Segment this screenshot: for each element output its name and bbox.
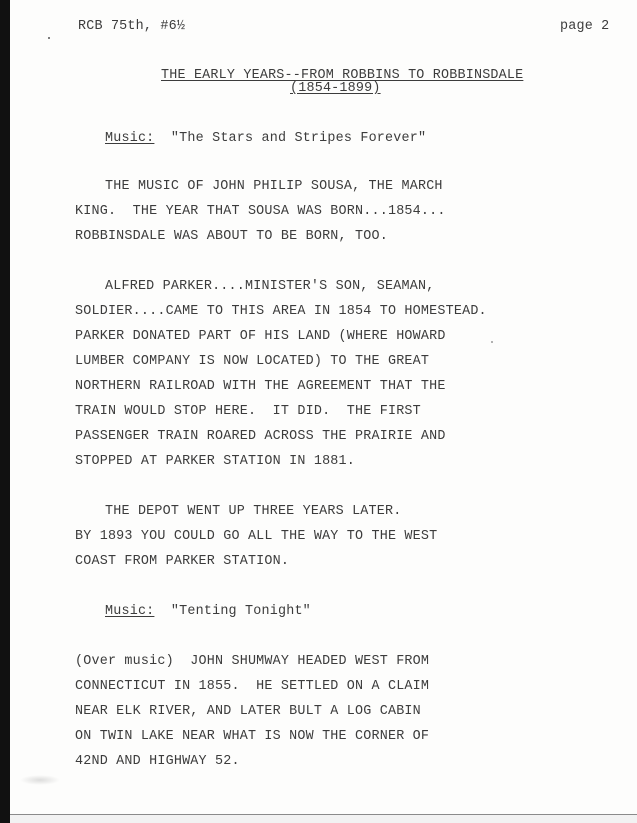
paragraph-line: ON TWIN LAKE NEAR WHAT IS NOW THE CORNER…: [75, 730, 429, 743]
paragraph-line: ALFRED PARKER....MINISTER'S SON, SEAMAN,: [105, 280, 434, 293]
scan-smudge: [20, 775, 60, 785]
scan-background: [10, 815, 637, 823]
paragraph-line: COAST FROM PARKER STATION.: [75, 555, 289, 568]
paragraph-line: 42ND AND HIGHWAY 52.: [75, 755, 240, 768]
paragraph-line: CONNECTICUT IN 1855. HE SETTLED ON A CLA…: [75, 680, 429, 693]
paragraph-line: STOPPED AT PARKER STATION IN 1881.: [75, 455, 355, 468]
page-title-years: (1854-1899): [290, 82, 381, 95]
paragraph-line: LUMBER COMPANY IS NOW LOCATED) TO THE GR…: [75, 355, 429, 368]
paragraph-line: KING. THE YEAR THAT SOUSA WAS BORN...185…: [75, 205, 446, 218]
paragraph-line: TRAIN WOULD STOP HERE. IT DID. THE FIRST: [75, 405, 421, 418]
document-reference: RCB 75th, #6½: [78, 20, 185, 33]
music-cue-title: "Tenting Tonight": [171, 604, 311, 619]
music-cue: Music: "The Stars and Stripes Forever": [105, 132, 426, 145]
paragraph-line: NEAR ELK RIVER, AND LATER BULT A LOG CAB…: [75, 705, 421, 718]
page-number: page 2: [560, 20, 609, 33]
scan-left-edge: [0, 0, 10, 823]
paragraph-line: PASSENGER TRAIN ROARED ACROSS THE PRAIRI…: [75, 430, 446, 443]
paragraph-line: SOLDIER....CAME TO THIS AREA IN 1854 TO …: [75, 305, 487, 318]
music-cue-title: "The Stars and Stripes Forever": [171, 131, 426, 146]
scan-speck: [48, 37, 50, 39]
scanned-page: RCB 75th, #6½ page 2 THE EARLY YEARS--FR…: [0, 0, 637, 823]
music-cue-label: Music:: [105, 131, 154, 146]
paragraph-line: THE DEPOT WENT UP THREE YEARS LATER.: [105, 505, 402, 518]
music-cue-label: Music:: [105, 604, 154, 619]
scan-speck: [491, 341, 493, 343]
paragraph-line: ROBBINSDALE WAS ABOUT TO BE BORN, TOO.: [75, 230, 388, 243]
paragraph-line: THE MUSIC OF JOHN PHILIP SOUSA, THE MARC…: [105, 180, 443, 193]
paragraph-line: BY 1893 YOU COULD GO ALL THE WAY TO THE …: [75, 530, 437, 543]
paragraph-line: (Over music) JOHN SHUMWAY HEADED WEST FR…: [75, 655, 429, 668]
music-cue: Music: "Tenting Tonight": [105, 605, 311, 618]
paragraph-line: PARKER DONATED PART OF HIS LAND (WHERE H…: [75, 330, 446, 343]
paragraph-line: NORTHERN RAILROAD WITH THE AGREEMENT THA…: [75, 380, 446, 393]
